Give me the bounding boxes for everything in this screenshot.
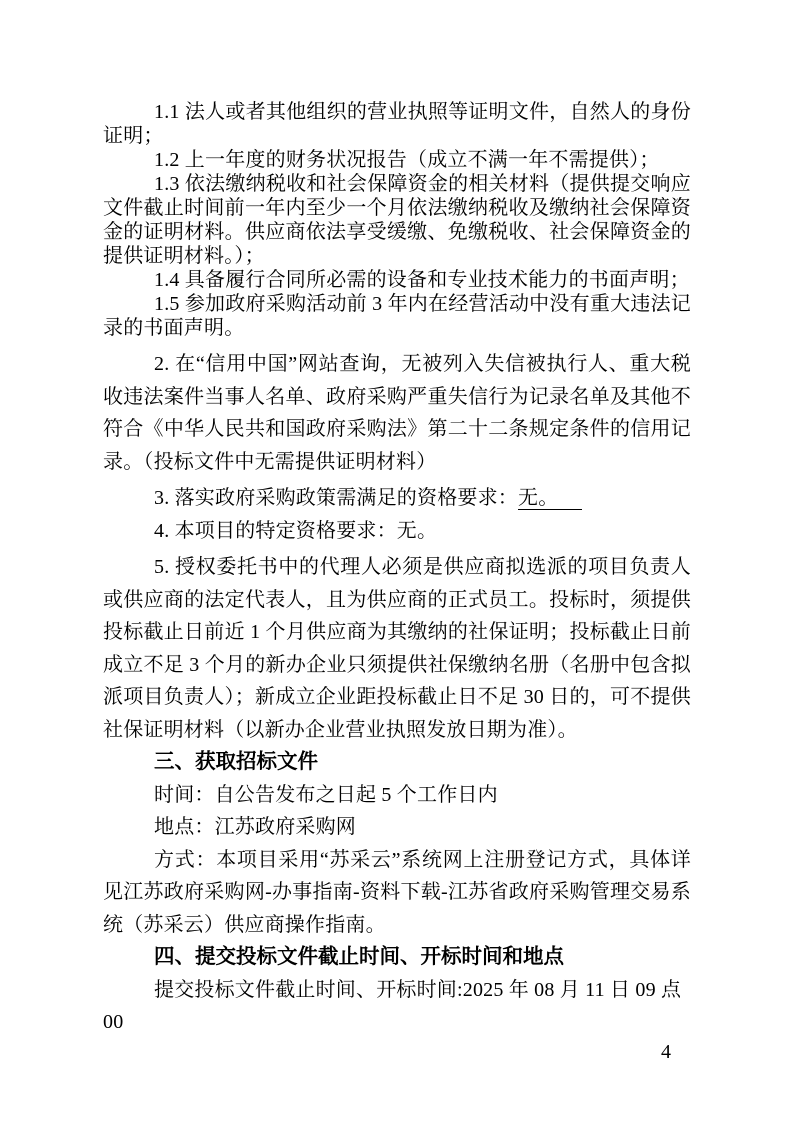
qualification-item-1-5: 1.5 参加政府采购活动前 3 年内在经营活动中没有重大违法记录的书面声明。 [103, 292, 691, 340]
qualification-item-1-3: 1.3 依法缴纳税收和社会保障资金的相关材料（提供提交响应文件截止时间前一年内至… [103, 172, 691, 268]
credit-record-clause: 2. 在“信用中国”网站查询，无被列入失信被执行人、重大税收违法案件当事人名单、… [103, 348, 691, 478]
authorized-agent-clause: 5. 授权委托书中的代理人必须是供应商拟选派的项目负责人或供应商的法定代表人，且… [103, 551, 691, 746]
section-4-deadline-line: 提交投标文件截止时间、开标时间:2025 年 08 月 11 日 09 点 00 [103, 974, 691, 1039]
section-3-time-line: 时间：自公告发布之日起 5 个工作日内 [103, 779, 691, 812]
section-3-method-clause: 方式：本项目采用“苏采云”系统网上注册登记方式，具体详见江苏政府采购网-办事指南… [103, 844, 691, 942]
specific-qualification-clause: 4. 本项目的特定资格要求：无。 [103, 515, 691, 548]
page-number: 4 [661, 1040, 671, 1064]
page-text-block: 1.1 法人或者其他组织的营业执照等证明文件，自然人的身份证明； 1.2 上一年… [103, 100, 691, 1039]
policy-requirement-value-underlined: 无。 [518, 487, 582, 510]
section-3-place-line: 地点：江苏政府采购网 [103, 811, 691, 844]
section-3-heading: 三、获取招标文件 [103, 746, 691, 779]
section-4-heading: 四、提交投标文件截止时间、开标时间和地点 [103, 941, 691, 974]
document-page: { "document": { "qualification_items": [… [0, 0, 793, 1122]
qualification-item-1-4: 1.4 具备履行合同所必需的设备和专业技术能力的书面声明； [103, 268, 691, 292]
policy-requirement-clause: 3. 落实政府采购政策需满足的资格要求：无。 [103, 482, 691, 515]
qualification-item-1-2: 1.2 上一年度的财务状况报告（成立不满一年不需提供）； [103, 148, 691, 172]
policy-requirement-text: 3. 落实政府采购政策需满足的资格要求： [154, 487, 518, 509]
qualification-item-1-1: 1.1 法人或者其他组织的营业执照等证明文件，自然人的身份证明； [103, 100, 691, 148]
